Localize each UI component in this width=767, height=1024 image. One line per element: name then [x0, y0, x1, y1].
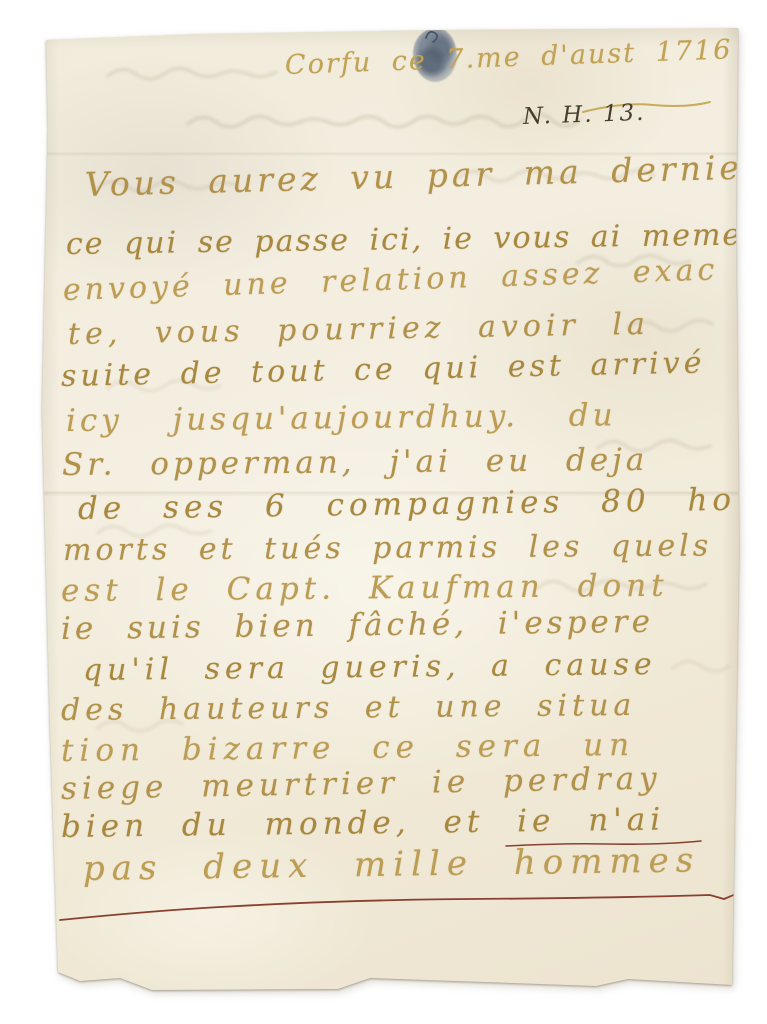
handwriting-line-9: morts et tués parmis les quels	[63, 531, 712, 566]
photograph-background: Corfu ce 7.me d'aust 1716 N. H. 13. Vous…	[0, 0, 767, 1024]
handwriting-line-4: te, vous pourriez avoir la	[68, 310, 650, 350]
dateline: Corfu ce 7.me d'aust 1716	[285, 36, 733, 79]
handwriting-line-14: tion bizarre ce sera un	[61, 730, 635, 767]
handwriting-line-10: est le Capt. Kaufman dont	[61, 571, 669, 607]
handwriting-line-13: des hauteurs et une situa	[61, 691, 637, 726]
handwriting-line-5: suite de tout ce qui est arrivé	[61, 349, 706, 392]
handwriting-line-12: qu'il sera gueris, a cause	[83, 650, 657, 686]
handwriting-line-8: de ses 6 compagnies 80 ho	[78, 485, 737, 525]
red-underline-long	[60, 894, 736, 920]
handwriting-line-15: siege meurtrier ie perdray	[61, 764, 662, 805]
paper-surface: Corfu ce 7.me d'aust 1716 N. H. 13. Vous…	[38, 28, 740, 994]
catalog-number: N. H. 13.	[523, 102, 646, 129]
handwriting-line-3: envoyé une relation assez exac	[63, 255, 719, 306]
handwriting-line-1: Vous aurez vu par ma derniere	[85, 150, 767, 201]
handwriting-line-16: bien du monde, et ie n'ai	[61, 805, 666, 843]
handwriting-line-6: icy jusqu'aujourdhuy. du	[66, 400, 617, 437]
letter-sheet: Corfu ce 7.me d'aust 1716 N. H. 13. Vous…	[38, 28, 740, 994]
handwriting-line-17: pas deux mille hommes	[83, 843, 701, 886]
handwriting-line-7: Sr. opperman, j'ai eu deja	[62, 445, 649, 481]
handwriting-line-11: ie suis bien fâché, i'espere	[61, 607, 654, 645]
